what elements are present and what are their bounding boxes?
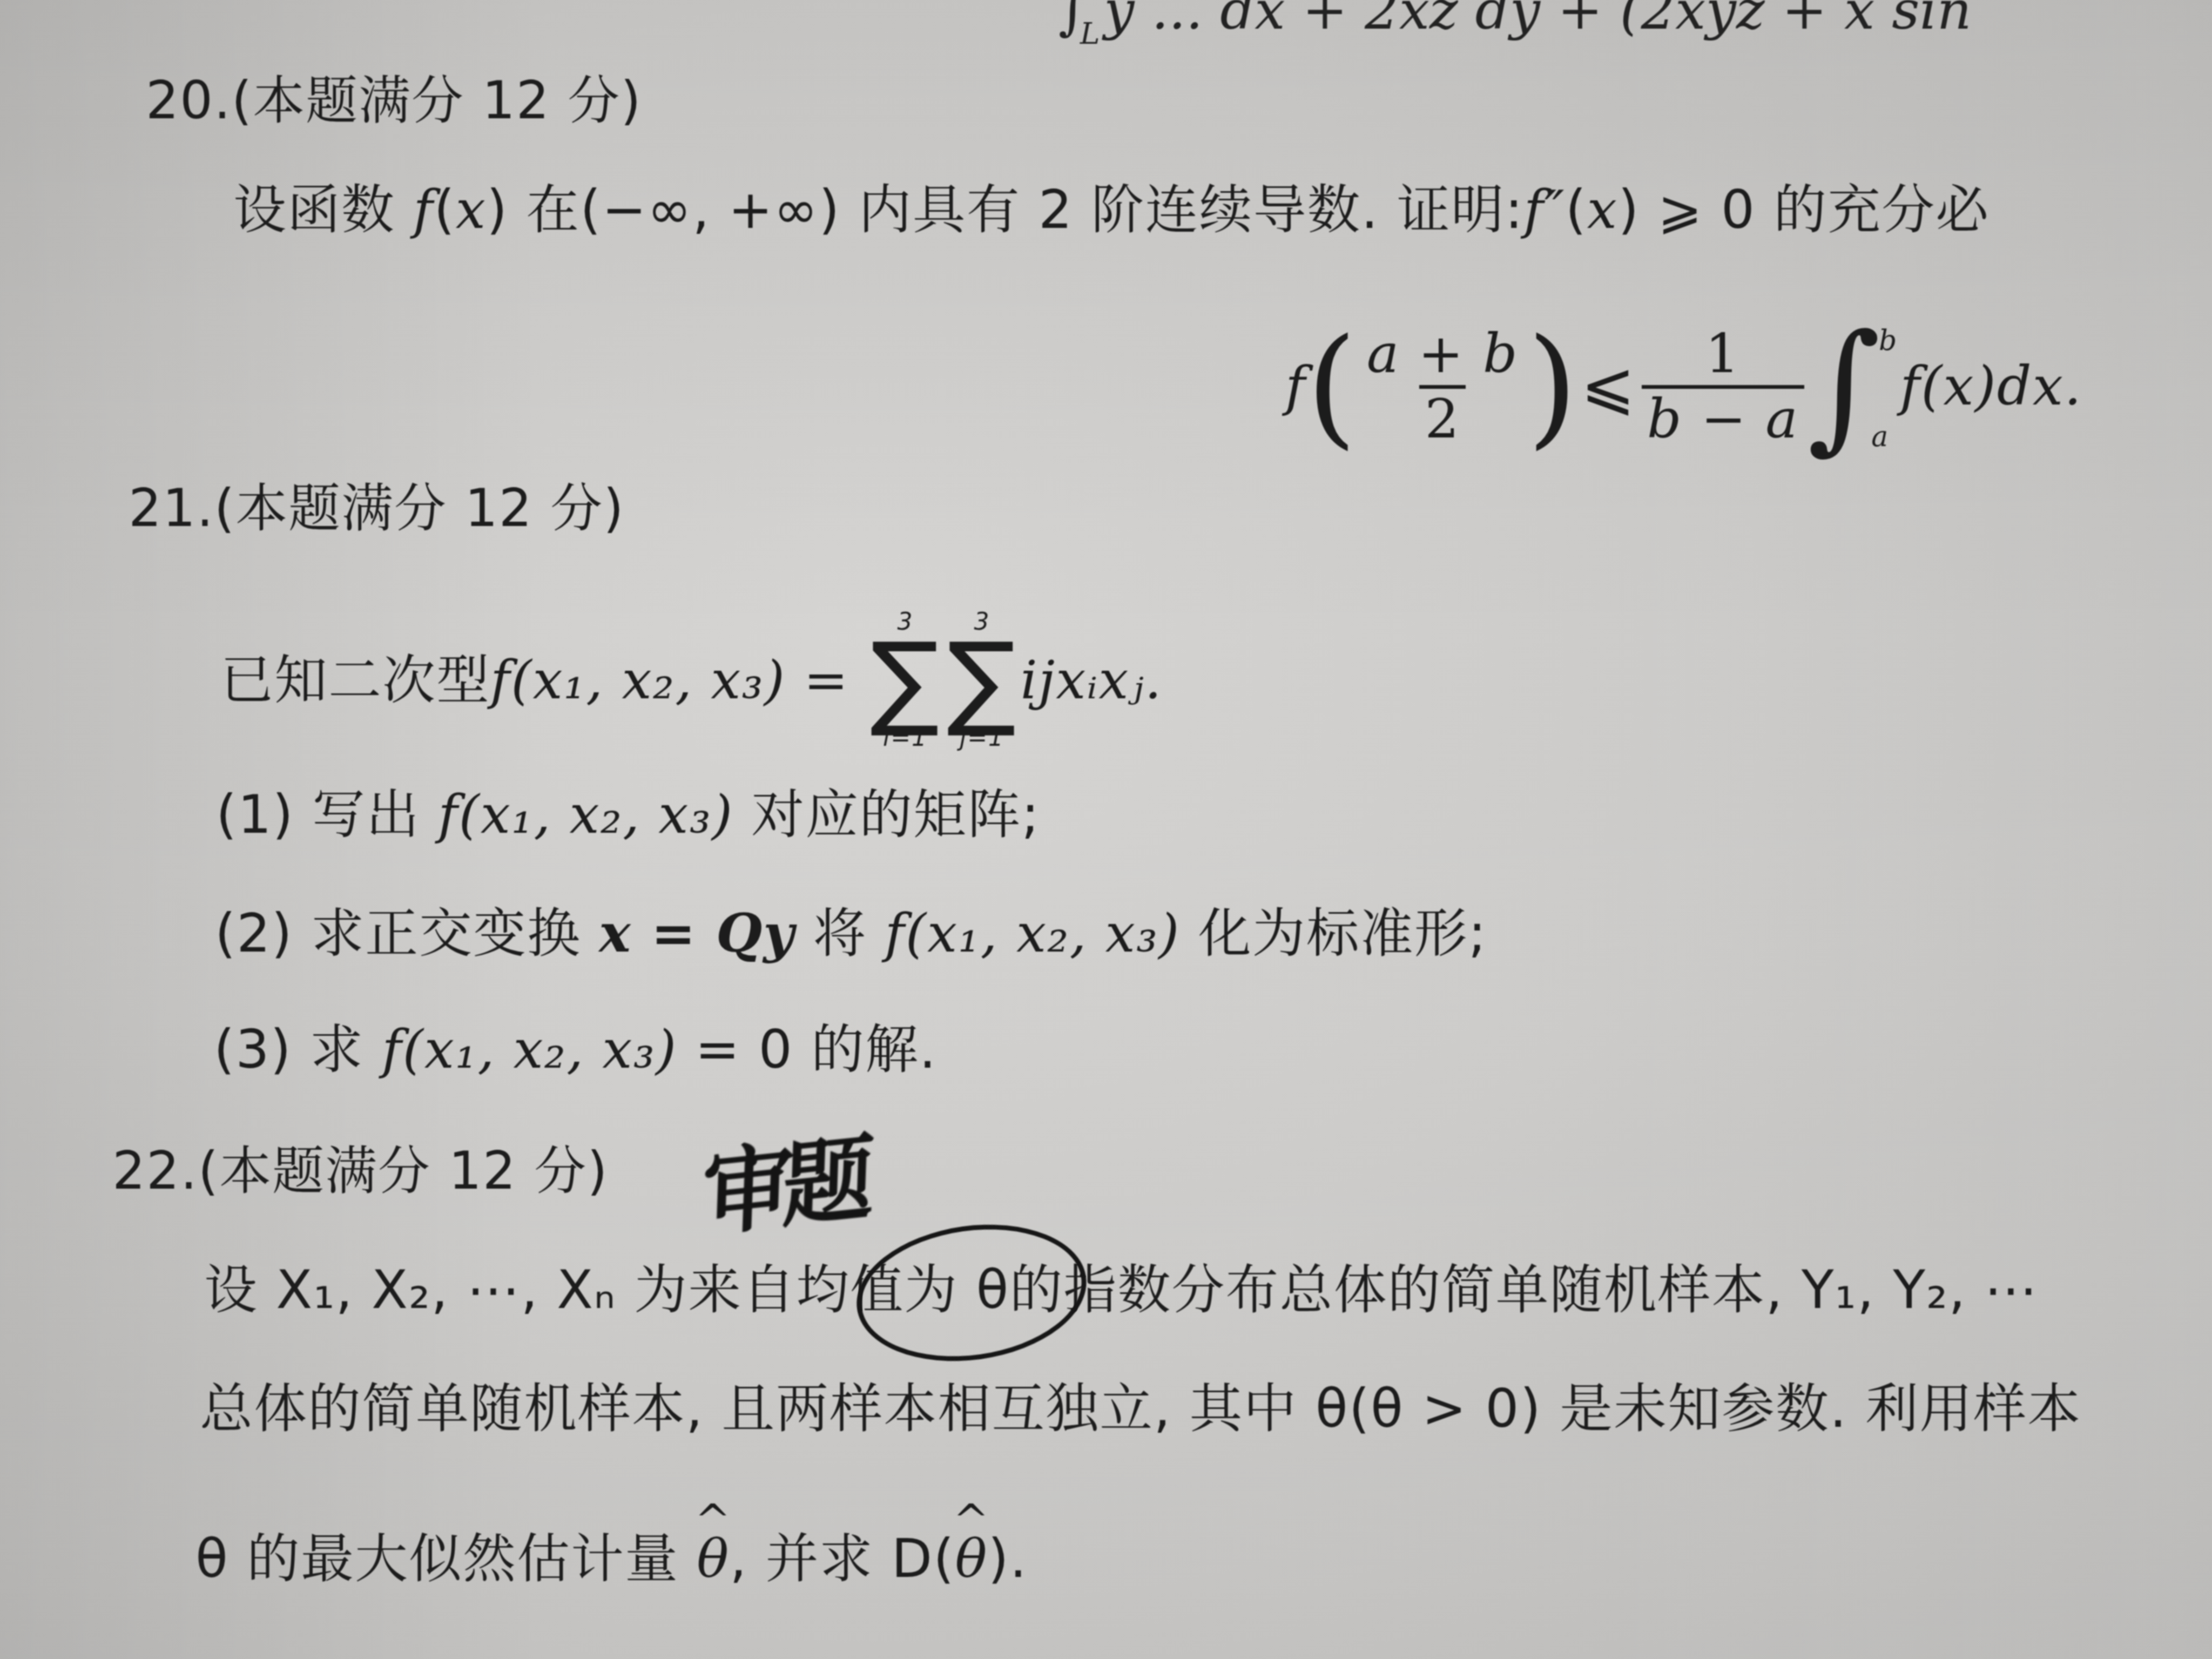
text: 化为标准形; xyxy=(1181,903,1487,965)
math-f: f xyxy=(885,903,906,965)
question-points: (本题满分 12 分) xyxy=(214,478,625,538)
math-f: f xyxy=(382,1019,402,1081)
q20-header: 20.(本题满分 12 分) xyxy=(146,75,642,126)
part-label: (1) xyxy=(216,784,294,846)
sum-j: 3 ∑ j=1 xyxy=(947,610,1017,750)
math-x: x xyxy=(456,179,487,241)
text: ) ⩾ 0 的充分必 xyxy=(1618,179,1990,241)
q20-inequality-formula: f ( a + b 2 ) ⩽ 1 b − a ∫ b a f(x)dx. xyxy=(1285,316,2082,456)
q22-line-2: 总体的简单随机样本, 且两样本相互独立, 其中 θ(θ > 0) 是未知参数. … xyxy=(200,1382,2081,1435)
integral-sign: ∫ b a xyxy=(1808,316,1881,456)
text: , 并求 D( xyxy=(730,1528,955,1590)
q21-part-2: (2) 求正交变换 x = Qy 将 f(x₁, x₂, x₃) 化为标准形; xyxy=(215,907,1487,960)
math-f: f xyxy=(1285,359,1306,413)
denominator: b − a xyxy=(1642,385,1804,446)
theta-hat: θ xyxy=(697,1533,730,1586)
text: 求 xyxy=(292,1019,382,1081)
integrand: f(x)dx. xyxy=(1900,359,2082,413)
text: 已知二次型 xyxy=(220,654,490,707)
text: ). xyxy=(988,1528,1027,1590)
math-args: (x₁, x₂, x₃) xyxy=(906,903,1181,965)
summand: ijxᵢxⱼ. xyxy=(1021,654,1163,707)
math-x: x xyxy=(1587,179,1618,241)
question-number: 21. xyxy=(129,478,214,538)
sum-i: 3 ∑ i=1 xyxy=(870,610,940,750)
math-f: f xyxy=(413,179,434,241)
text: 求正交变换 xyxy=(293,903,599,965)
integral-glyph: ∫ xyxy=(1808,305,1881,468)
text: 的指数分布总体的简单随机样本, Y₁, Y₂, ⋯ xyxy=(1009,1259,2038,1321)
fraction-reciprocal-length: 1 b − a xyxy=(1642,327,1804,446)
sum-lower: i=1 xyxy=(883,726,928,750)
q21-part-1: (1) 写出 f(x₁, x₂, x₃) 对应的矩阵; xyxy=(216,788,1040,841)
text: ( xyxy=(434,179,455,241)
part-label: (2) xyxy=(215,903,293,965)
math-f: f xyxy=(438,784,458,846)
right-paren: ) xyxy=(1527,321,1579,451)
leq-symbol: ⩽ xyxy=(1581,354,1636,419)
question-number: 20. xyxy=(146,70,232,131)
text: ( xyxy=(1566,179,1587,241)
fraction-midpoint: a + b 2 xyxy=(1361,327,1524,446)
math-f-double-prime: f″ xyxy=(1524,179,1566,241)
q20-statement: 设函数 f(x) 在(−∞, +∞) 内具有 2 阶连续导数. 证明:f″(x)… xyxy=(233,184,1990,237)
q21-quadratic-form: 已知二次型 f (x₁, x₂, x₃) = 3 ∑ i=1 3 ∑ j=1 i… xyxy=(220,610,1163,750)
text: 对应的矩阵; xyxy=(733,784,1040,846)
text: 设 X₁, X₂, ⋯, Xₙ 为来自 xyxy=(204,1259,796,1321)
handwritten-annotation: 审题 xyxy=(700,1103,866,1254)
partial-integral-line: ∫ y ... dx + 2xz dy + (2xyz + x sin L xyxy=(1058,0,1972,42)
text: 将 xyxy=(795,903,885,965)
question-number: 22. xyxy=(112,1141,198,1201)
text: ) 在(−∞, +∞) 内具有 2 阶连续导数. 证明: xyxy=(487,179,1524,241)
math-args: (x₁, x₂, x₃) = xyxy=(511,654,867,707)
partial-line-text: ∫ y ... dx + 2xz dy + (2xyz + x sin xyxy=(1058,0,1972,42)
question-points: (本题满分 12 分) xyxy=(198,1141,609,1201)
q22-line-1: 设 X₁, X₂, ⋯, Xₙ 为来自均值为 θ的指数分布总体的简单随机样本, … xyxy=(204,1264,2039,1317)
lower-limit: a xyxy=(1871,423,1889,451)
left-paren: ( xyxy=(1306,321,1358,451)
text: 设函数 xyxy=(233,179,413,241)
text: = 0 的解. xyxy=(677,1019,937,1081)
hand-drawn-circle xyxy=(848,1210,1095,1375)
math-f: f xyxy=(490,654,511,707)
math-args: (x₁, x₂, x₃) xyxy=(458,784,733,846)
part-label: (3) xyxy=(214,1019,292,1081)
text: 写出 xyxy=(294,784,438,846)
numerator: 1 xyxy=(1700,327,1746,385)
q22-line-3: θ 的最大似然估计量 θ, 并求 D(θ). xyxy=(195,1533,1028,1586)
text: θ 的最大似然估计量 xyxy=(195,1528,697,1590)
numerator: a + b xyxy=(1361,327,1524,385)
upper-limit: b xyxy=(1879,327,1898,355)
q22-header: 22.(本题满分 12 分) xyxy=(112,1145,609,1197)
sigma-symbol: ∑ xyxy=(870,634,940,726)
math-args: (x₁, x₂, x₃) xyxy=(402,1019,677,1081)
sum-lower: j=1 xyxy=(960,726,1004,750)
question-points: (本题满分 12 分) xyxy=(232,70,642,131)
q21-header: 21.(本题满分 12 分) xyxy=(129,482,625,534)
theta-hat: θ xyxy=(955,1533,988,1586)
integral-subscript: L xyxy=(1080,16,1100,51)
denominator: 2 xyxy=(1419,385,1466,446)
math-orthogonal-transform: x = Qy xyxy=(599,902,795,965)
sigma-symbol: ∑ xyxy=(947,634,1017,726)
q21-part-3: (3) 求 f(x₁, x₂, x₃) = 0 的解. xyxy=(214,1023,937,1076)
